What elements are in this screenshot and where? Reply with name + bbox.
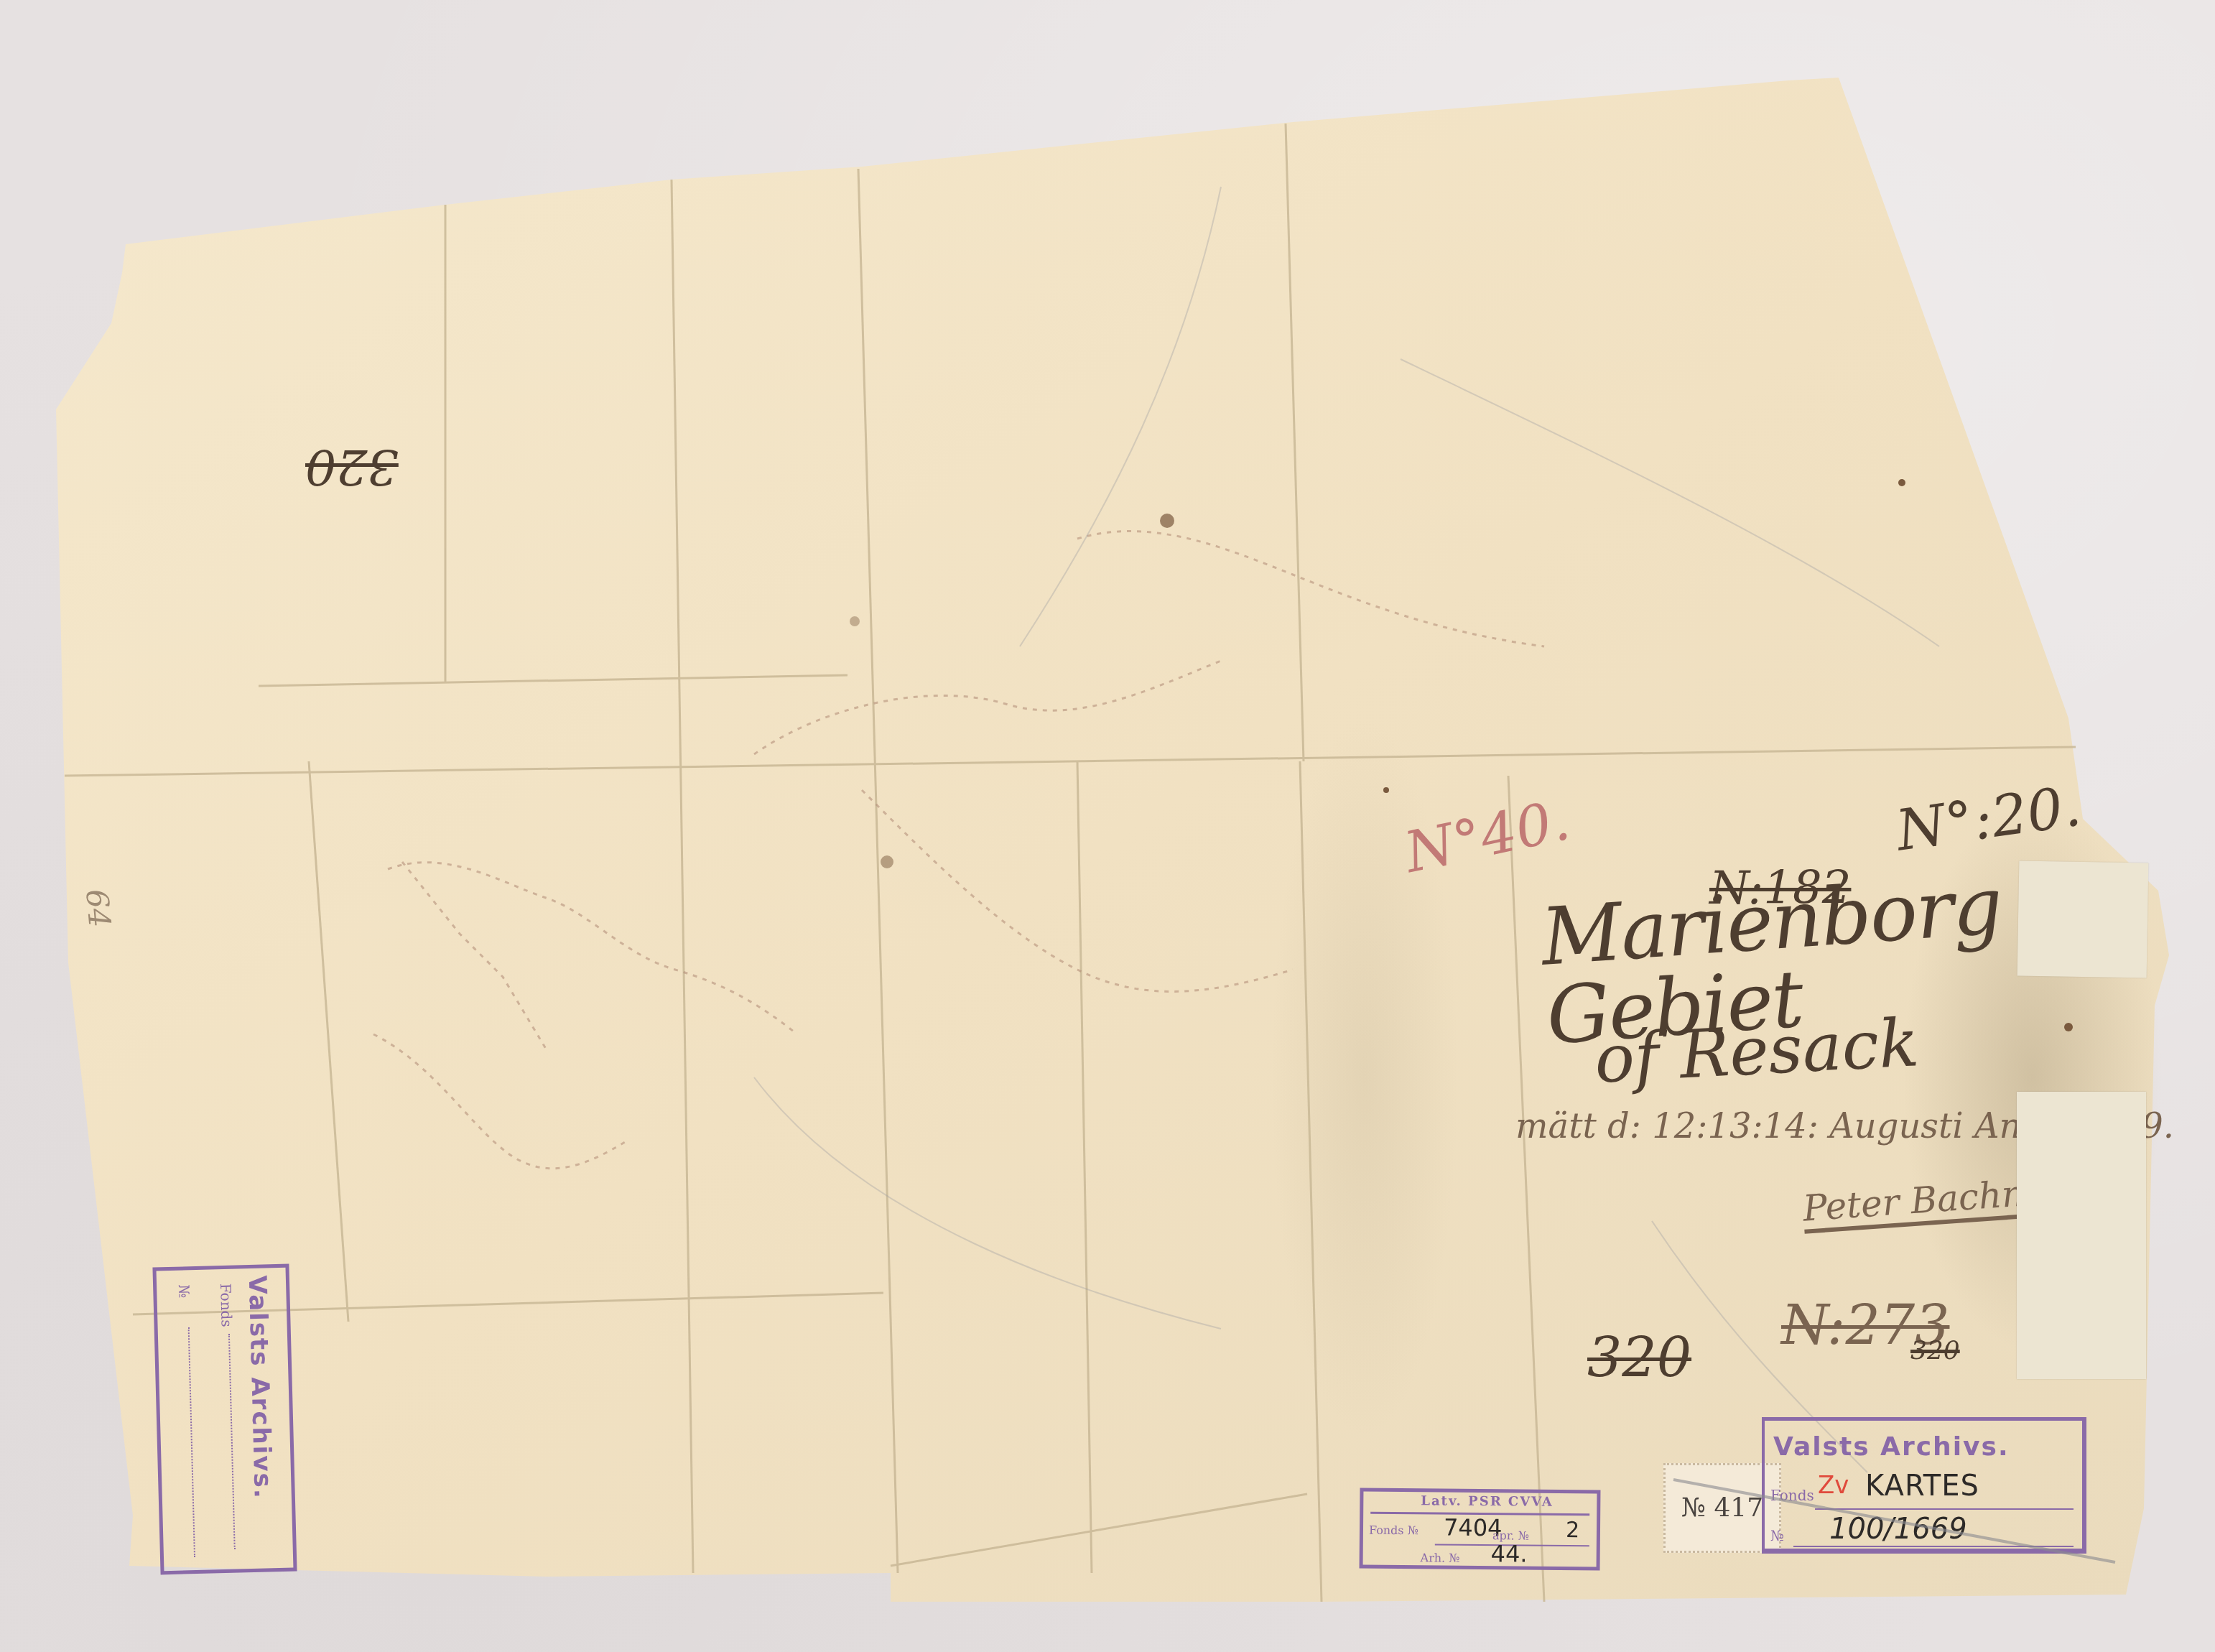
struck-number-320-small: 320: [1910, 1336, 1960, 1365]
upside-down-struck-number: 320: [305, 438, 399, 495]
stamp-valsts-archivs-kartes: Valsts Archivs. Fonds Zv KARTES № 100/16…: [1762, 1417, 2086, 1554]
fonds-label: Fonds: [1770, 1487, 1814, 1504]
stamp-valsts-archivs-vertical: Valsts Archivs. Fonds №: [152, 1264, 297, 1575]
stamp-title: Latv. PSR CVVA: [1421, 1493, 1554, 1510]
stamp-title: Valsts Archivs.: [1773, 1432, 2010, 1462]
stamp-latv-psr-cvva: Latv. PSR CVVA Fonds № 7404 apr. № 2 Arh…: [1360, 1488, 1601, 1571]
stamp-title: Valsts Archivs.: [243, 1275, 277, 1500]
fonds-prefix-red: Zv: [1818, 1471, 1849, 1500]
fonds-label: Fonds №: [1369, 1523, 1418, 1538]
fonds-value: KARTES: [1865, 1470, 1979, 1503]
apr-value: 2: [1566, 1518, 1579, 1543]
struck-number-320-left: 320: [1587, 1325, 1691, 1389]
paper-polygon: [56, 78, 2169, 1602]
paper-repair-patch-lower: [2017, 1092, 2146, 1379]
number-label: №: [175, 1284, 192, 1299]
arh-label: Arh. №: [1421, 1551, 1460, 1564]
map-sheet: [0, 0, 2215, 1652]
fonds-label: Fonds: [217, 1284, 236, 1327]
margin-scribble: 64: [79, 888, 117, 929]
number-label: №: [1770, 1527, 1784, 1544]
number-value: 100/1669: [1829, 1513, 1967, 1546]
paper-repair-patch: [2017, 860, 2149, 978]
tag-number: № 417: [1681, 1493, 1763, 1523]
arh-value: 44.: [1491, 1540, 1528, 1567]
